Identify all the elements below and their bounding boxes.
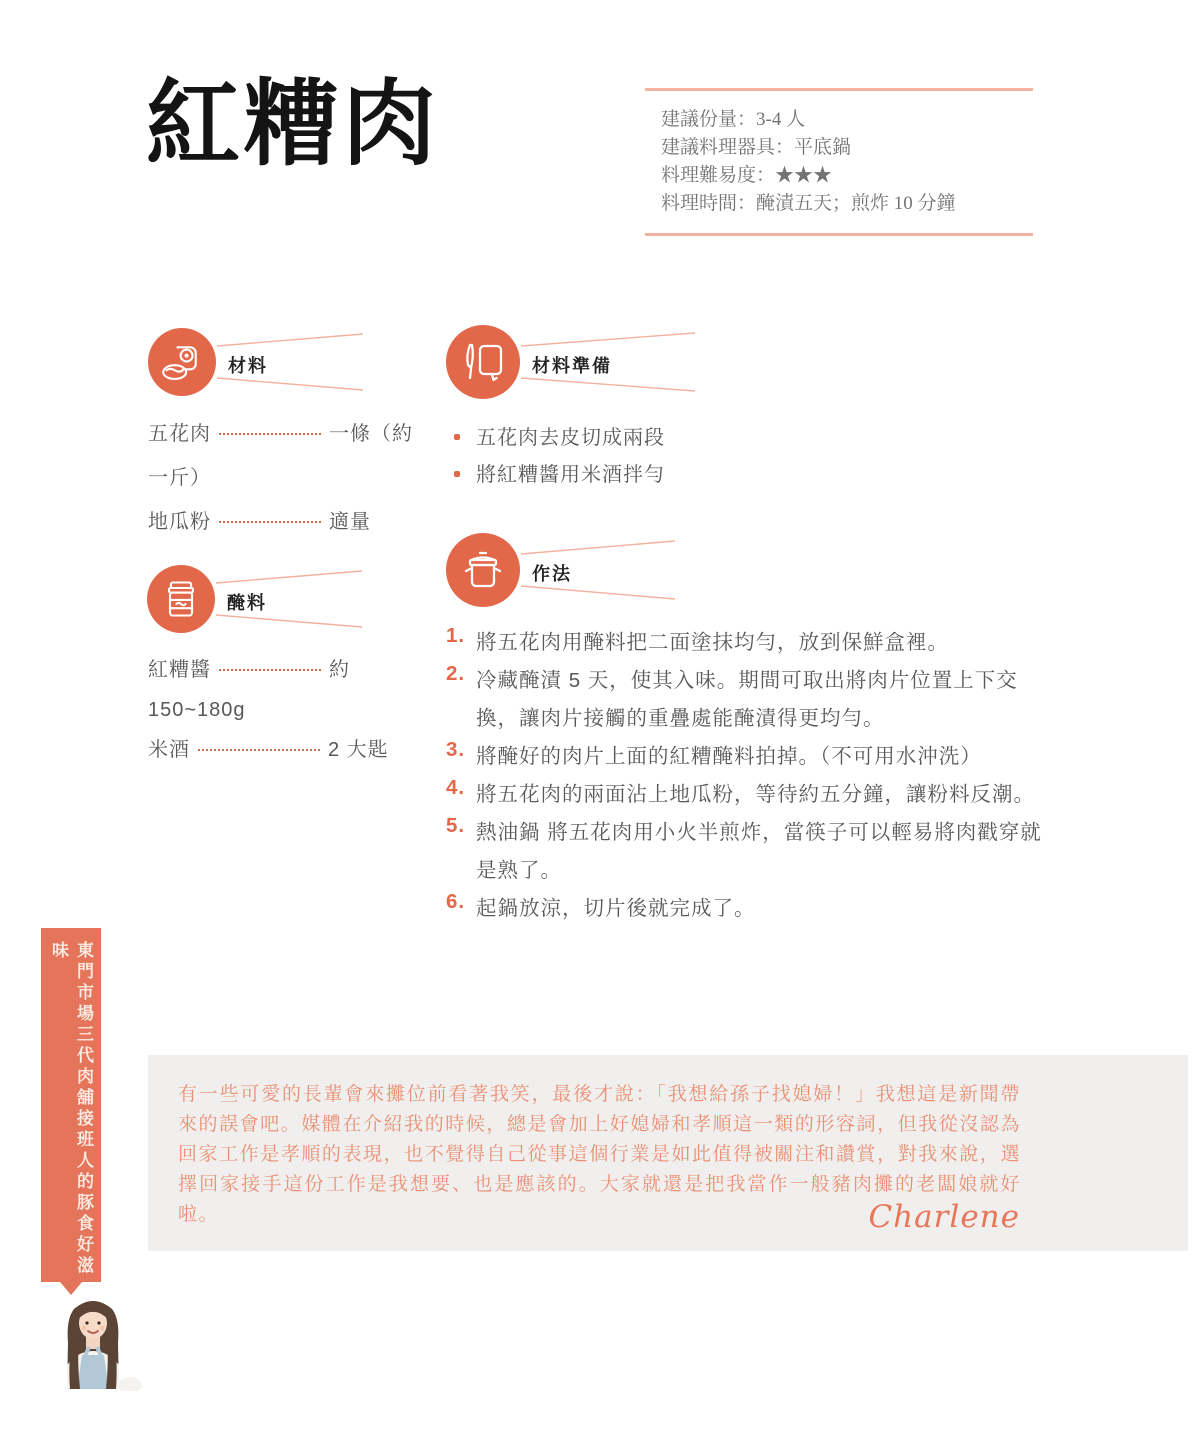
ingredients-list: 五花肉一條（約一斤） 地瓜粉適量: [148, 412, 414, 544]
marinade-row: 米酒2 大匙: [148, 730, 420, 770]
section-method-header: 作法: [446, 533, 746, 607]
section-method-title: 作法: [532, 560, 572, 586]
prep-text: 將紅糟醬用米酒拌勻: [476, 457, 665, 494]
ingredient-name: 五花肉: [148, 423, 211, 445]
pot-icon: [446, 533, 520, 607]
dotted-leader: [219, 665, 321, 671]
pork-meat-icon: [148, 328, 216, 396]
section-ingredients-title: 材料: [228, 352, 268, 378]
prep-item: 五花肉去皮切成兩段: [448, 420, 868, 457]
method-step: 6.起鍋放涼，切片後就完成了。: [446, 890, 1042, 928]
dotted-leader: [219, 429, 321, 435]
step-number: 3.: [446, 738, 476, 762]
dotted-leader: [219, 517, 321, 523]
step-text: 冷藏醃漬 5 天，使其入味。期間可取出將肉片位置上下交換，讓肉片接觸的重疊處能醃…: [476, 662, 1042, 738]
method-step: 4.將五花肉的兩面沾上地瓜粉，等待約五分鐘，讓粉料反潮。: [446, 776, 1042, 814]
knife-cutting-board-icon: [446, 325, 520, 399]
step-number: 2.: [446, 662, 476, 686]
recipe-info-box: 建議份量：3-4 人 建議料理器具：平底鍋 料理難易度：★★★ 料理時間：醃漬五…: [645, 88, 1033, 236]
step-text: 將五花肉用醃料把二面塗抹均勻，放到保鮮盒裡。: [476, 624, 1042, 662]
marinade-name: 米酒: [148, 739, 190, 761]
section-marinade-header: 醃料: [147, 565, 417, 633]
ingredient-row: 地瓜粉適量: [148, 500, 414, 544]
prep-text: 五花肉去皮切成兩段: [476, 420, 665, 457]
step-number: 1.: [446, 624, 476, 648]
section-prep-header: 材料準備: [446, 325, 746, 399]
chapter-ribbon: 東門市場三代肉舖接班人的豚食好滋味: [41, 928, 101, 1282]
info-difficulty: 料理難易度：★★★: [661, 162, 1033, 190]
step-text: 將五花肉的兩面沾上地瓜粉，等待約五分鐘，讓粉料反潮。: [476, 776, 1042, 814]
step-text: 起鍋放涼，切片後就完成了。: [476, 890, 1042, 928]
method-step: 1.將五花肉用醃料把二面塗抹均勻，放到保鮮盒裡。: [446, 624, 1042, 662]
method-steps: 1.將五花肉用醃料把二面塗抹均勻，放到保鮮盒裡。 2.冷藏醃漬 5 天，使其入味…: [446, 624, 1042, 928]
dotted-leader: [198, 745, 320, 751]
section-marinade-title: 醃料: [227, 589, 267, 615]
author-signature: Charlene: [868, 1199, 1020, 1235]
method-step: 2.冷藏醃漬 5 天，使其入味。期間可取出將肉片位置上下交換，讓肉片接觸的重疊處…: [446, 662, 1042, 738]
ingredient-name: 地瓜粉: [148, 511, 211, 533]
step-number: 5.: [446, 814, 476, 838]
info-cookware: 建議料理器具：平底鍋: [661, 134, 1033, 162]
marinade-row: 紅糟醬約150~180g: [148, 650, 420, 730]
bullet-icon: [454, 434, 460, 440]
marinade-list: 紅糟醬約150~180g 米酒2 大匙: [148, 650, 420, 770]
marinade-name: 紅糟醬: [148, 659, 211, 681]
page-title: 紅糟肉: [146, 72, 440, 175]
jar-icon: [147, 565, 215, 633]
section-ingredients-header: 材料: [148, 328, 418, 396]
step-number: 6.: [446, 890, 476, 914]
step-text: 熱油鍋 將五花肉用小火半煎炸，當筷子可以輕易將肉戳穿就是熟了。: [476, 814, 1042, 890]
ingredient-amount: 適量: [329, 511, 371, 533]
marinade-amount: 2 大匙: [328, 739, 389, 761]
section-prep-title: 材料準備: [532, 352, 612, 378]
ingredient-row: 五花肉一條（約一斤）: [148, 412, 414, 500]
recipe-page: 紅糟肉 建議份量：3-4 人 建議料理器具：平底鍋 料理難易度：★★★ 料理時間…: [0, 0, 1200, 1435]
author-note-box: 有一些可愛的長輩會來攤位前看著我笑，最後才說：「我想給孫子找媳婦！」我想這是新聞…: [148, 1055, 1188, 1251]
step-text: 將醃好的肉片上面的紅糟醃料拍掉。（不可用水沖洗）: [476, 738, 1042, 776]
info-time: 料理時間：醃漬五天；煎炸 10 分鐘: [661, 190, 1033, 218]
prep-item: 將紅糟醬用米酒拌勻: [448, 457, 868, 494]
method-step: 5.熱油鍋 將五花肉用小火半煎炸，當筷子可以輕易將肉戳穿就是熟了。: [446, 814, 1042, 890]
prep-list: 五花肉去皮切成兩段 將紅糟醬用米酒拌勻: [448, 420, 868, 494]
chef-photo: [38, 1293, 148, 1391]
chapter-ribbon-text: 東門市場三代肉舖接班人的豚食好滋味: [46, 928, 96, 1282]
info-servings: 建議份量：3-4 人: [661, 106, 1033, 134]
method-step: 3.將醃好的肉片上面的紅糟醃料拍掉。（不可用水沖洗）: [446, 738, 1042, 776]
bullet-icon: [454, 471, 460, 477]
step-number: 4.: [446, 776, 476, 800]
